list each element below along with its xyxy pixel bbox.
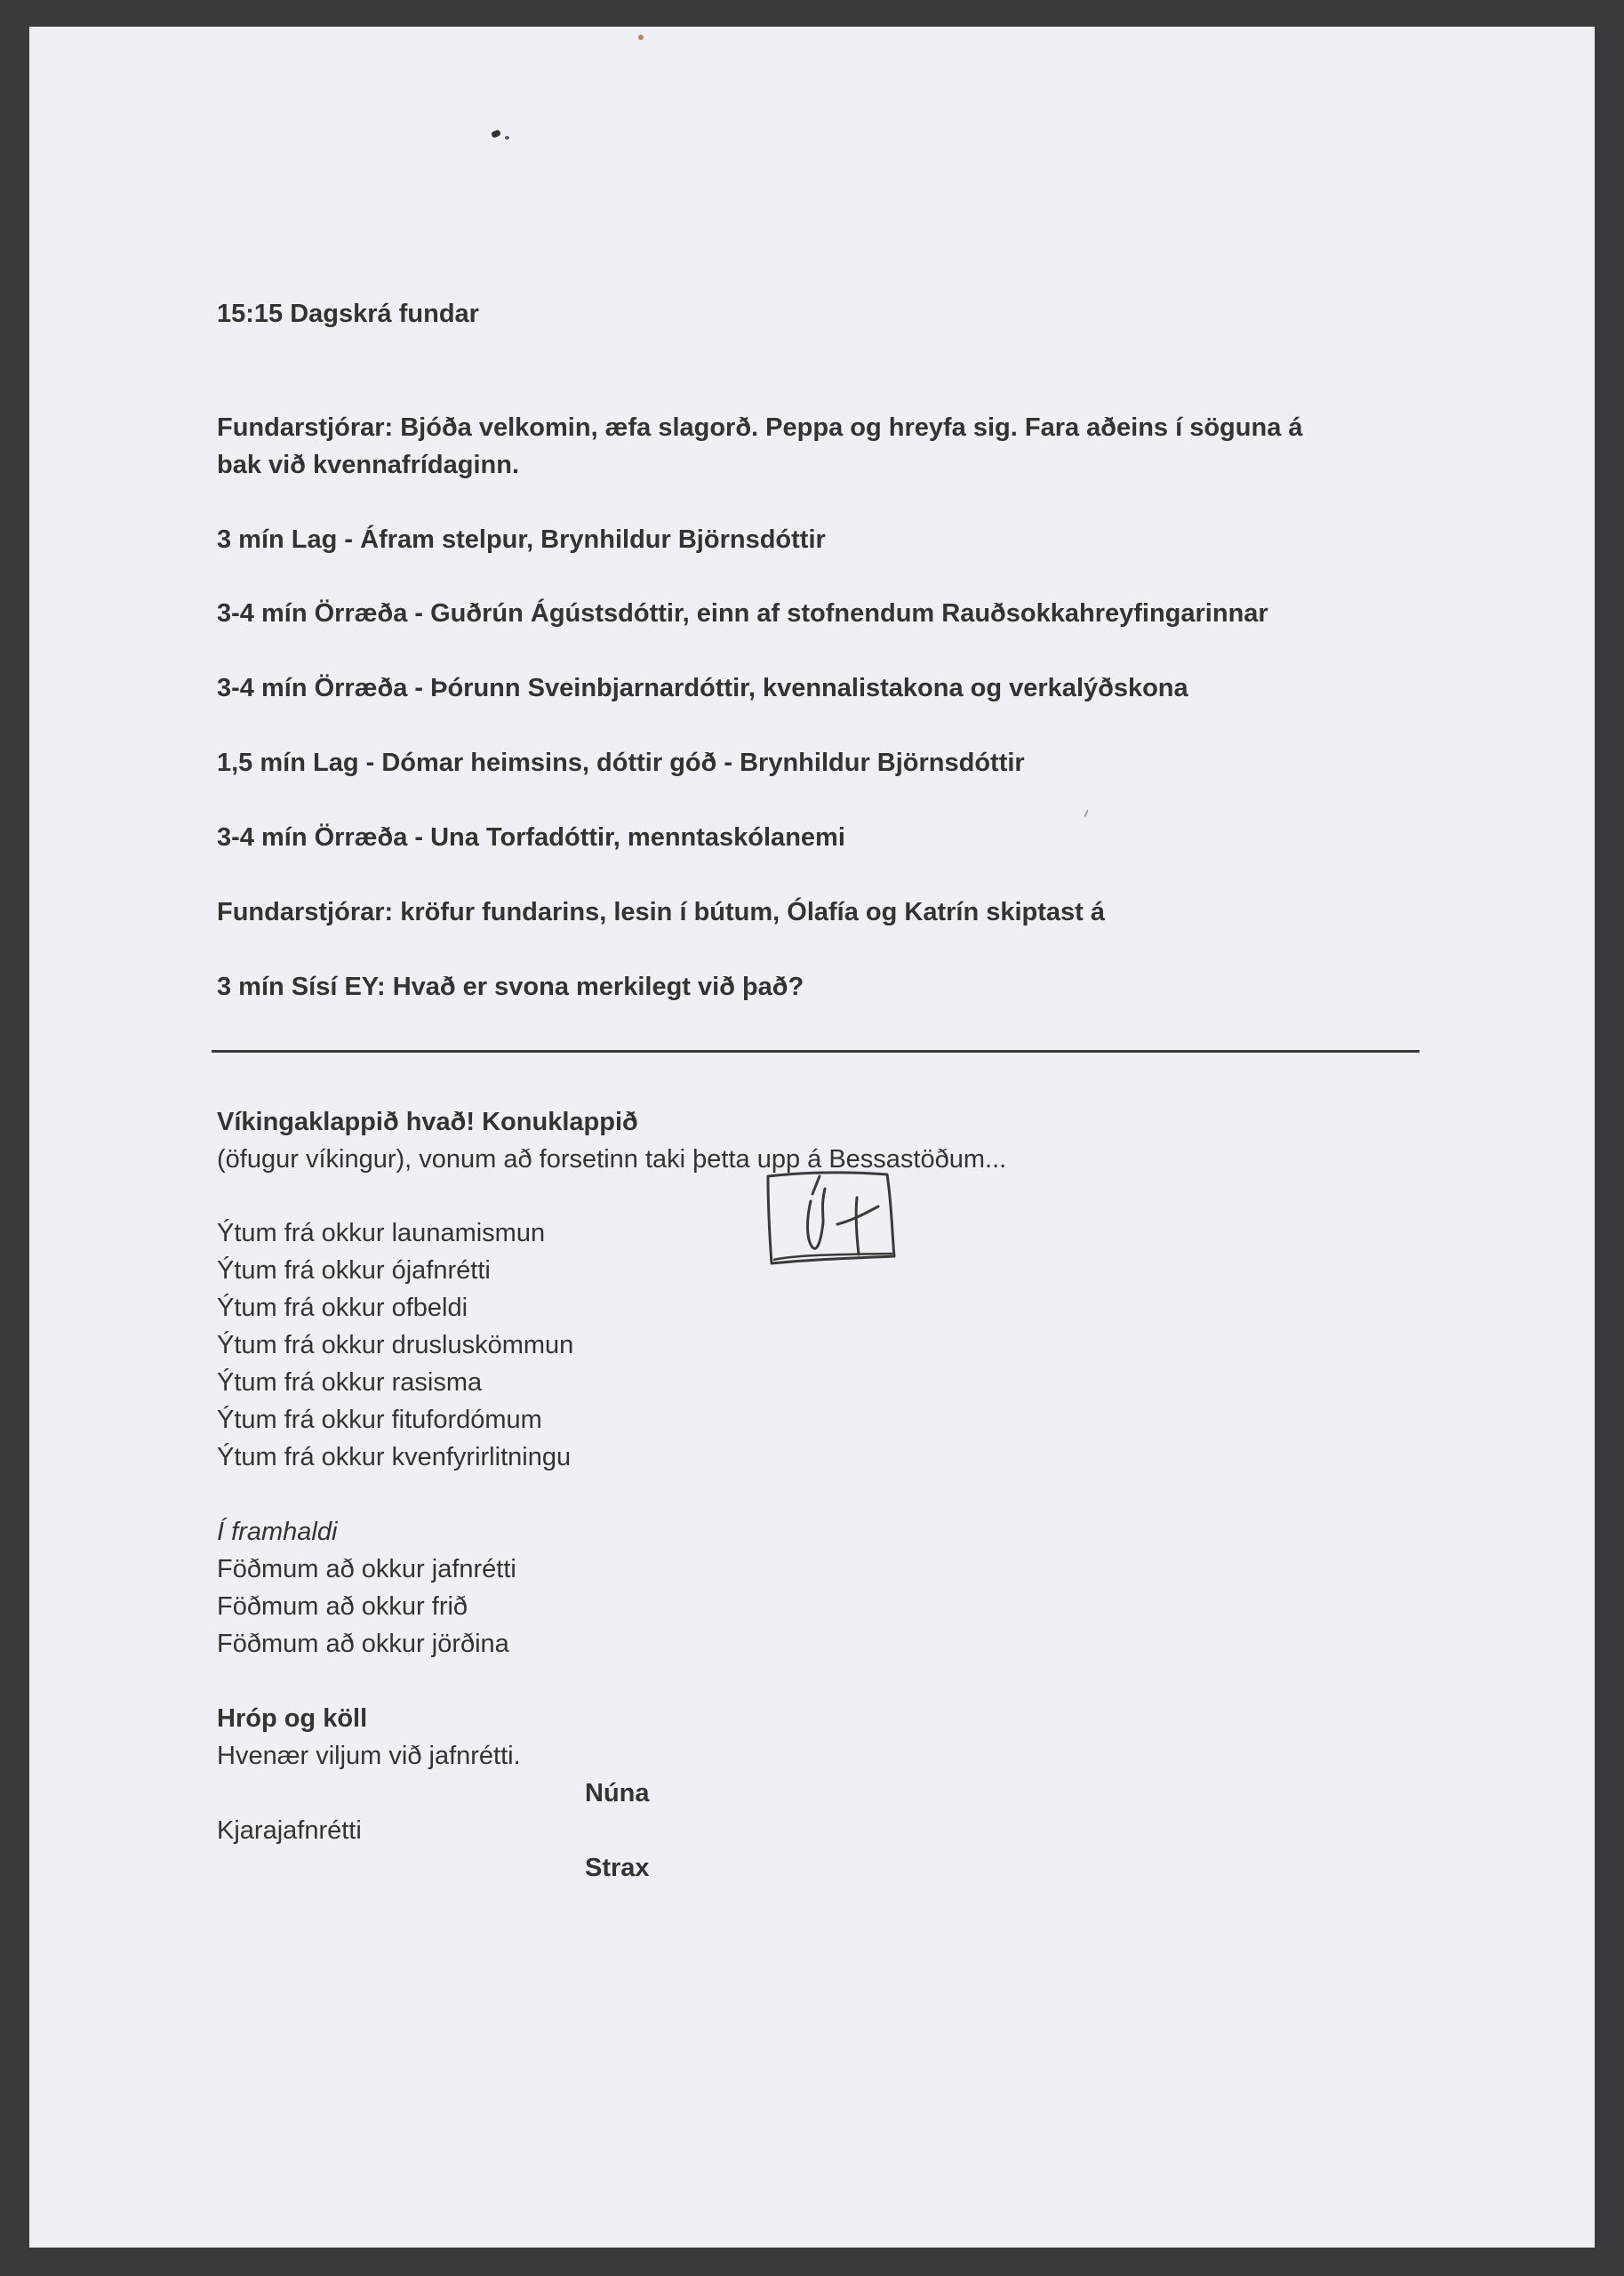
scanned-page: 15:15 Dagskrá fundar Fundarstjórar: Bjóð… bbox=[29, 27, 1595, 2248]
response-line: Núna bbox=[585, 1778, 650, 1808]
push-line: Ýtum frá okkur ofbeldi bbox=[217, 1293, 468, 1323]
push-line: Ýtum frá okkur rasisma bbox=[217, 1367, 482, 1398]
agenda-item: 3-4 mín Örræða - Una Torfadóttir, mennta… bbox=[217, 822, 845, 853]
call-line: Hvenær viljum við jafnrétti. bbox=[217, 1741, 521, 1771]
push-line: Ýtum frá okkur ójafnrétti bbox=[217, 1255, 491, 1286]
section-divider bbox=[212, 1050, 1420, 1053]
handwritten-box-icon bbox=[763, 1167, 900, 1267]
paper-speck bbox=[505, 136, 509, 140]
push-line: Ýtum frá okkur launamismun bbox=[217, 1218, 545, 1248]
response-line: Strax bbox=[585, 1853, 650, 1883]
agenda-item: 3-4 mín Örræða - Guðrún Ágústsdóttir, ei… bbox=[217, 598, 1268, 629]
agenda-title: 15:15 Dagskrá fundar bbox=[217, 299, 479, 329]
agenda-item: 1,5 mín Lag - Dómar heimsins, dóttir góð… bbox=[217, 748, 1025, 778]
agenda-item: 3 mín Lag - Áfram stelpur, Brynhildur Bj… bbox=[217, 525, 826, 555]
paper-speck bbox=[1084, 809, 1089, 818]
agenda-item: 3 mín Sísí EY: Hvað er svona merkilegt v… bbox=[217, 972, 804, 1002]
call-line: Kjarajafnrétti bbox=[217, 1815, 362, 1846]
push-line: Ýtum frá okkur fitufordómum bbox=[217, 1405, 542, 1435]
paper-speck bbox=[491, 129, 501, 139]
embrace-line: Föðmum að okkur frið bbox=[217, 1591, 468, 1622]
agenda-item-continuation: bak við kvennafrídaginn. bbox=[217, 450, 519, 480]
agenda-item: Fundarstjórar: Bjóða velkomin, æfa slago… bbox=[217, 413, 1303, 443]
calls-heading: Hróp og köll bbox=[217, 1703, 367, 1734]
agenda-item: Fundarstjórar: kröfur fundarins, lesin í… bbox=[217, 897, 1105, 927]
continuation-label: Í framhaldi bbox=[217, 1517, 337, 1547]
embrace-line: Föðmum að okkur jafnrétti bbox=[217, 1554, 516, 1584]
chant-heading: Víkingaklappið hvað! Konuklappið bbox=[217, 1107, 638, 1137]
embrace-line: Föðmum að okkur jörðina bbox=[217, 1629, 509, 1659]
paper-speck bbox=[638, 35, 644, 40]
push-line: Ýtum frá okkur kvenfyrirlitningu bbox=[217, 1442, 571, 1472]
push-line: Ýtum frá okkur drusluskömmun bbox=[217, 1330, 573, 1360]
handwritten-ut-box: Út bbox=[763, 1167, 900, 1267]
agenda-item: 3-4 mín Örræða - Þórunn Sveinbjarnardótt… bbox=[217, 673, 1188, 703]
